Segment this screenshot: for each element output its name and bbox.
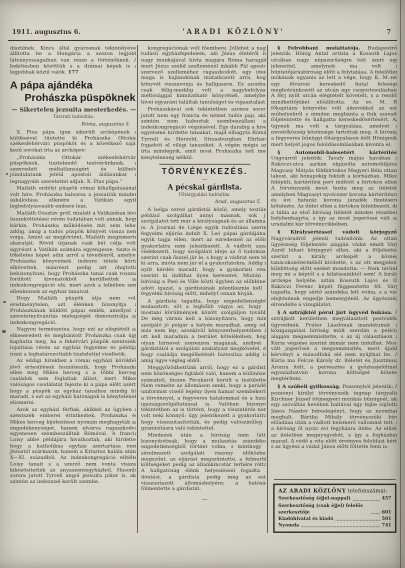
brief-lead: § Királysértéssel vádolt körjegyző.: [278, 229, 397, 235]
phonebox-top-rule: [274, 480, 396, 481]
article-paragraph: „Prohászka Ottokár székesfehérvári püspö…: [10, 154, 136, 184]
article-dateline: Róma, augusztus 5.: [10, 121, 136, 127]
article-paragraph: Hogy Mailáth püspök útja nem volt eredmé…: [10, 295, 136, 325]
brief-lead: § Felrobbant mulattatója.: [278, 45, 361, 51]
phone-row-label: Szerkesztőség (éjjel-nappal): [279, 495, 351, 502]
court-article-body: A belga ezred gárdistái közül, amely tes…: [141, 207, 267, 492]
article-paragraph: kongregációnak volt főembere. Jóllehet a…: [141, 45, 267, 105]
phone-row-number: 457: [382, 495, 392, 502]
dotted-leader: [353, 500, 380, 501]
article-continuation: kongregációnak volt főembere. Jóllehet a…: [141, 45, 267, 160]
page-number: 7: [386, 28, 391, 36]
phone-row: Szerkesztőség (éjjel-nappal) 457: [279, 495, 392, 502]
phone-row: Nyomda 741: [279, 522, 392, 529]
column-rule-1: [137, 45, 138, 533]
telephone-numbers-box: AZ ARADI KÖZLÖNY telefonszámai: Szerkesz…: [273, 484, 396, 533]
article-paragraph: Mailáth Gusztáv gróf, mialatt a Vatikánb…: [10, 210, 136, 294]
phonebox-title-rest: telefonszámai:: [348, 488, 387, 495]
column-3: § Felrobbant mulattatója. Budapestről je…: [269, 45, 397, 535]
brief-text: A sztrájkolt kerületben megválasztott pe…: [271, 310, 397, 382]
phonebox-title: AZ ARADI KÖZLÖNY telefonszámai:: [279, 488, 392, 495]
section-dash: —: [141, 177, 267, 182]
news-briefs: § Felrobbant mulattatója. Budapestről je…: [271, 45, 397, 475]
article-paragraph: Mindezek után a bíróság nem látta bizony…: [141, 432, 267, 492]
page-header: 1911. augusztus 6. 'ARADI KÖZLÖNY' 7: [12, 27, 391, 36]
dotted-leader: [302, 526, 380, 527]
article-paragraph: Prohászkával sok tekintetben azonos sors…: [141, 106, 267, 160]
header-rule: [8, 40, 397, 41]
brief-lead: § Automobil-balesetért kártérítés.: [278, 149, 397, 155]
carryover-paragraph: díszülnek. Kincs állal gyárosnak tekinté…: [10, 45, 136, 75]
article-paragraph: Nagyon természetes, hogy ezt az elégtéte…: [10, 327, 136, 357]
court-article-dateline: Arad, augusztus 5.: [141, 199, 267, 205]
column-rule-2: [267, 45, 268, 533]
article-paragraph: Az eddigi hírekhez a római egyházi körök…: [10, 358, 136, 406]
article-title-line1: A pápa ajándéka: [10, 80, 93, 92]
article-paragraph: Mailáth erdélyi püspök római kihallgatás…: [10, 185, 136, 209]
court-article-byline: Főtárgyalási tudósítás.: [141, 192, 267, 197]
news-brief: § Automobil-balesetért kártérítés. Ungvá…: [271, 149, 397, 227]
column-2: kongregációnak volt főembere. Jóllehet a…: [139, 45, 267, 535]
article-paragraph: Meggyőződhettünk arról, hogy ez a gárdis…: [141, 365, 267, 431]
scan-speck: [2, 330, 6, 333]
phone-row: Szerkesztőség (csak éjjel) felelős szerk…: [279, 502, 392, 515]
scan-speck: [3, 301, 6, 303]
column-area: díszülnek. Kincs állal gyárosnak tekinté…: [8, 45, 397, 535]
article-paragraph: Azok az egyházi férfiak, akikkel az ügyb…: [10, 407, 136, 485]
brief-text: Ungvárról jelentik: Tavaly május havában…: [271, 155, 397, 227]
court-article-title: A pécskai gárdista.: [141, 183, 267, 191]
issue-date: 1911. augusztus 6.: [12, 28, 81, 36]
article-byline: Távirati tudósítás.: [10, 115, 136, 120]
phonebox-title-bold: AZ ARADI KÖZLÖNY: [279, 488, 347, 495]
masthead: 'ARADI KÖZLÖNY': [182, 27, 284, 36]
phone-row-label: Szerkesztőség (csak éjjel) felelős szerk…: [279, 502, 369, 515]
scan-speck: [6, 173, 8, 175]
section-rule: [159, 164, 251, 165]
article-paragraph: A belga ezred gárdistái közül, amely tes…: [141, 207, 267, 297]
news-brief: § A szóbeli gyilkosság. Pozsonyból jelen…: [271, 384, 397, 450]
article-subtitle: — Sikertelen jezsuita mesterkedés. —: [10, 106, 136, 113]
dotted-leader: [336, 520, 380, 521]
article-paragraph: X. Pius pápa igen sikerült arcképének a …: [10, 129, 136, 153]
news-brief: § A sztrájktól pórul járt ügyvéd bukása.…: [271, 310, 397, 382]
article-title: A pápa ajándéka Prohászka püspöknek: [10, 80, 136, 104]
phonebox-rows: Szerkesztőség (éjjel-nappal) 457 Szerkes…: [279, 495, 392, 528]
phone-row-number: 501: [382, 515, 392, 522]
phone-row-number: 741: [382, 522, 392, 529]
dotted-leader: [371, 513, 380, 514]
brief-text: Budapestről jelentik: Hönig Antal artist…: [271, 45, 397, 147]
brief-text: Pozsonyból jelentik: A pozsonyi királyi …: [271, 384, 397, 450]
news-brief: § Felrobbant mulattatója. Budapestről je…: [271, 45, 397, 147]
column-1: díszülnek. Kincs állal gyárosnak tekinté…: [8, 45, 136, 535]
phone-row: Kiadóhivatal és kiadó 501: [279, 515, 392, 522]
section-header: TÖRVÉNYKEZÉS.: [141, 167, 267, 176]
article-paragraph: A gárdista tagadta, hogy engedetlenségbő…: [141, 298, 267, 364]
brief-lead: § A szóbeli gyilkosság.: [278, 384, 341, 390]
news-brief: § Királysértéssel vádolt körjegyző. Nagy…: [271, 229, 397, 307]
phone-row-number: 601: [382, 509, 392, 516]
article-ref-number: 177: [68, 69, 78, 75]
article-body-col1: X. Pius pápa igen sikerült arcképének a …: [10, 129, 136, 485]
phone-row-label: Kiadóhivatal és kiadó: [279, 515, 334, 522]
article-end-mark: —: [141, 495, 267, 502]
phone-row-label: Nyomda: [279, 522, 300, 529]
newspaper-page: 1911. augusztus 6. 'ARADI KÖZLÖNY' 7 dís…: [0, 0, 405, 568]
scan-page-edge: [400, 0, 402, 568]
brief-text: Nagyváradról jelenti tudósítónk: Az otta…: [271, 235, 397, 307]
article-title-line2: Prohászka püspöknek: [10, 92, 136, 104]
brief-lead: § A sztrájktól pórul járt ügyvéd bukása.: [278, 310, 393, 316]
